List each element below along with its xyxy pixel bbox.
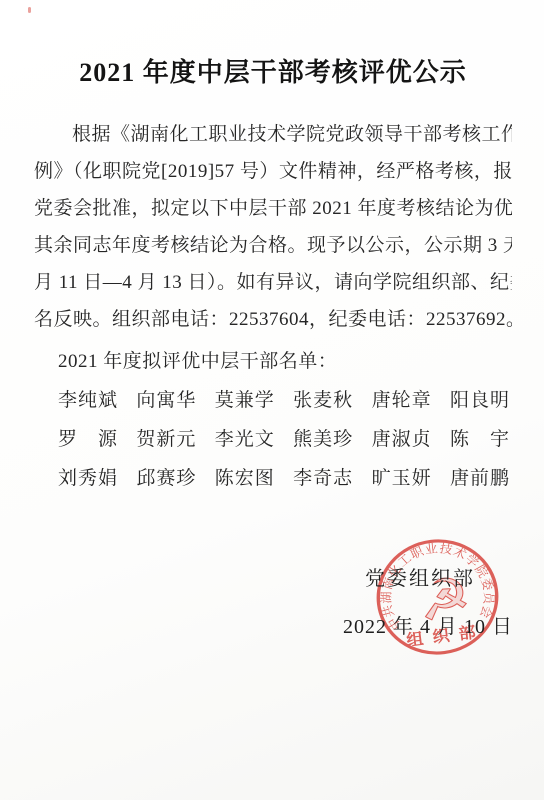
body-line: 党委会批准，拟定以下中层干部 2021 年度考核结论为优秀， <box>34 190 512 227</box>
cadre-name: 唐前鹏 <box>450 459 510 498</box>
cadre-name: 唐淑贞 <box>372 420 432 459</box>
names-row: 刘秀娟 邱赛珍 陈宏图 李奇志 旷玉妍 唐前鹏 <box>58 459 510 498</box>
cadre-name: 张麦秋 <box>293 381 353 420</box>
names-row: 李纯斌 向寓华 莫兼学 张麦秋 唐轮章 阳良明 <box>58 381 510 420</box>
cadre-name: 旷玉妍 <box>372 459 432 498</box>
signature-date: 2022 年 4 月 10 日 <box>343 610 513 639</box>
document-page: 2021 年度中层干部考核评优公示 根据《湖南化工职业技术学院党政领导干部考核工… <box>0 0 544 800</box>
cadre-name: 刘秀娟 <box>58 459 118 498</box>
cadre-name: 唐轮章 <box>372 381 432 420</box>
body-line: 根据《湖南化工职业技术学院党政领导干部考核工作条 <box>34 116 512 153</box>
body-paragraph: 根据《湖南化工职业技术学院党政领导干部考核工作条 例》（化职院党[2019]57… <box>34 116 512 338</box>
cadre-name: 陈 宇 <box>450 420 510 459</box>
cadre-name: 莫兼学 <box>215 381 275 420</box>
names-row: 罗 源 贺新元 李光文 熊美珍 唐淑贞 陈 宇 <box>58 420 510 459</box>
body-line: 例》（化职院党[2019]57 号）文件精神，经严格考核，报校 <box>34 153 512 190</box>
cadre-name: 贺新元 <box>136 420 196 459</box>
names-list-header: 2021 年度拟评优中层干部名单： <box>58 343 512 381</box>
cadre-name: 向寓华 <box>136 381 196 420</box>
cadre-name: 李光文 <box>215 420 275 459</box>
body-line: 名反映。组织部电话：22537604，纪委电话：22537692。 <box>34 301 512 338</box>
cadre-name: 李奇志 <box>293 459 353 498</box>
document-content: 2021 年度中层干部考核评优公示 根据《湖南化工职业技术学院党政领导干部考核工… <box>0 0 544 498</box>
signature-org: 党委组织部 <box>365 562 475 591</box>
cadre-name: 熊美珍 <box>293 420 353 459</box>
official-seal: 中共湖南化工职业技术学院委员会 ☭ 组 织 部 <box>367 530 508 665</box>
cadre-name: 罗 源 <box>58 420 118 459</box>
names-list: 李纯斌 向寓华 莫兼学 张麦秋 唐轮章 阳良明 罗 源 贺新元 李光文 熊美珍 … <box>58 381 510 498</box>
cadre-name: 阳良明 <box>450 381 510 420</box>
cadre-name: 邱赛珍 <box>136 459 196 498</box>
body-line: 其余同志年度考核结论为合格。现予以公示，公示期 3 天（4 <box>34 227 512 264</box>
cadre-name: 李纯斌 <box>58 381 118 420</box>
scan-artifact <box>28 7 31 13</box>
seal-graphic: 中共湖南化工职业技术学院委员会 ☭ 组 织 部 <box>367 530 508 665</box>
cadre-name: 陈宏图 <box>215 459 275 498</box>
body-line: 月 11 日—4 月 13 日）。如有异议，请向学院组织部、纪委实 <box>34 264 512 301</box>
document-title: 2021 年度中层干部考核评优公示 <box>34 52 512 89</box>
